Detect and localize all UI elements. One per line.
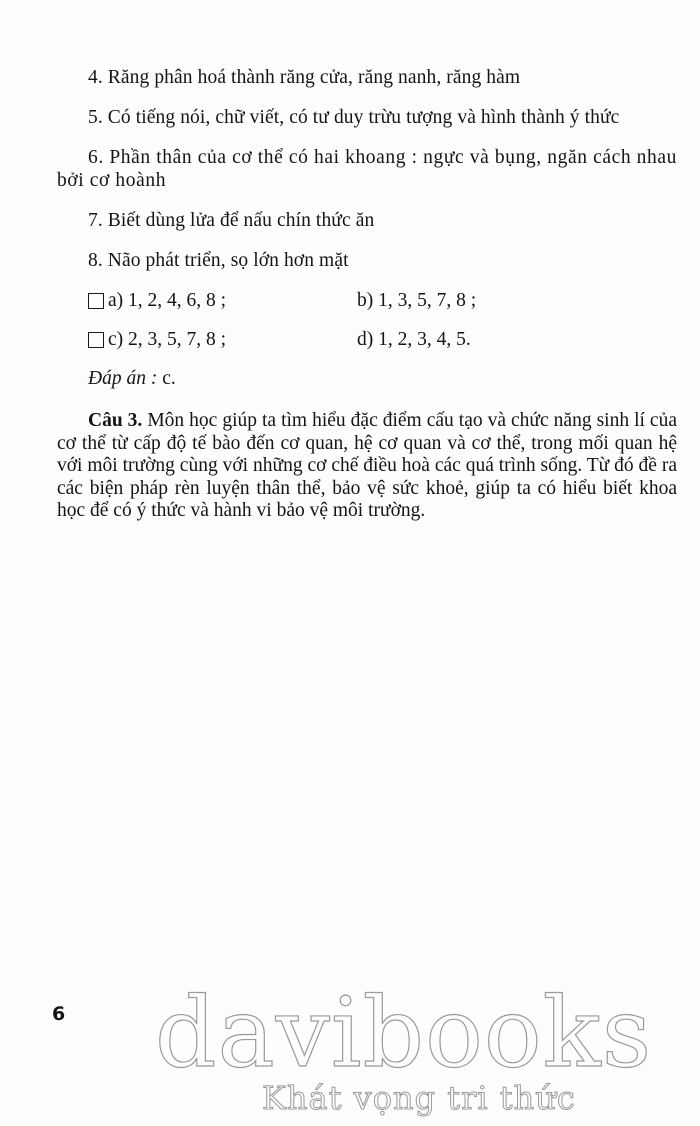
option-d: d) 1, 2, 3, 4, 5. <box>357 329 471 351</box>
answer-value: c. <box>157 368 175 389</box>
list-item-4: 4. Răng phân hoá thành răng cửa, răng na… <box>88 67 520 89</box>
option-b-label: b) 1, 3, 5, 7, 8 ; <box>357 290 476 312</box>
option-a-label: a) 1, 2, 4, 6, 8 ; <box>108 290 226 312</box>
option-b: b) 1, 3, 5, 7, 8 ; <box>357 290 476 312</box>
watermark-slogan: Khát vọng tri thức <box>262 1082 576 1114</box>
checkbox-c[interactable] <box>88 332 104 348</box>
checkbox-a[interactable] <box>88 293 104 309</box>
page-number: 6 <box>52 1003 65 1025</box>
question-3-paragraph: Câu 3. Môn học giúp ta tìm hiểu đặc điểm… <box>57 410 677 523</box>
option-c[interactable]: c) 2, 3, 5, 7, 8 ; <box>88 329 226 351</box>
watermark-brand: davibooks <box>155 985 652 1081</box>
question-3-text: Môn học giúp ta tìm hiểu đặc điểm cấu tạ… <box>57 410 677 521</box>
answer-label: Đáp án : <box>88 368 157 389</box>
list-item-6: 6. Phần thân của cơ thể có hai khoang : … <box>57 147 677 192</box>
list-item-5: 5. Có tiếng nói, chữ viết, có tư duy trừ… <box>88 107 619 129</box>
option-a[interactable]: a) 1, 2, 4, 6, 8 ; <box>88 290 226 312</box>
option-d-label: d) 1, 2, 3, 4, 5. <box>357 329 471 351</box>
answer: Đáp án : c. <box>88 368 176 390</box>
list-item-8: 8. Não phát triển, sọ lớn hơn mặt <box>88 250 349 272</box>
list-item-7: 7. Biết dùng lửa để nấu chín thức ăn <box>88 210 374 232</box>
option-c-label: c) 2, 3, 5, 7, 8 ; <box>108 329 226 351</box>
question-3-label: Câu 3. <box>88 410 142 431</box>
